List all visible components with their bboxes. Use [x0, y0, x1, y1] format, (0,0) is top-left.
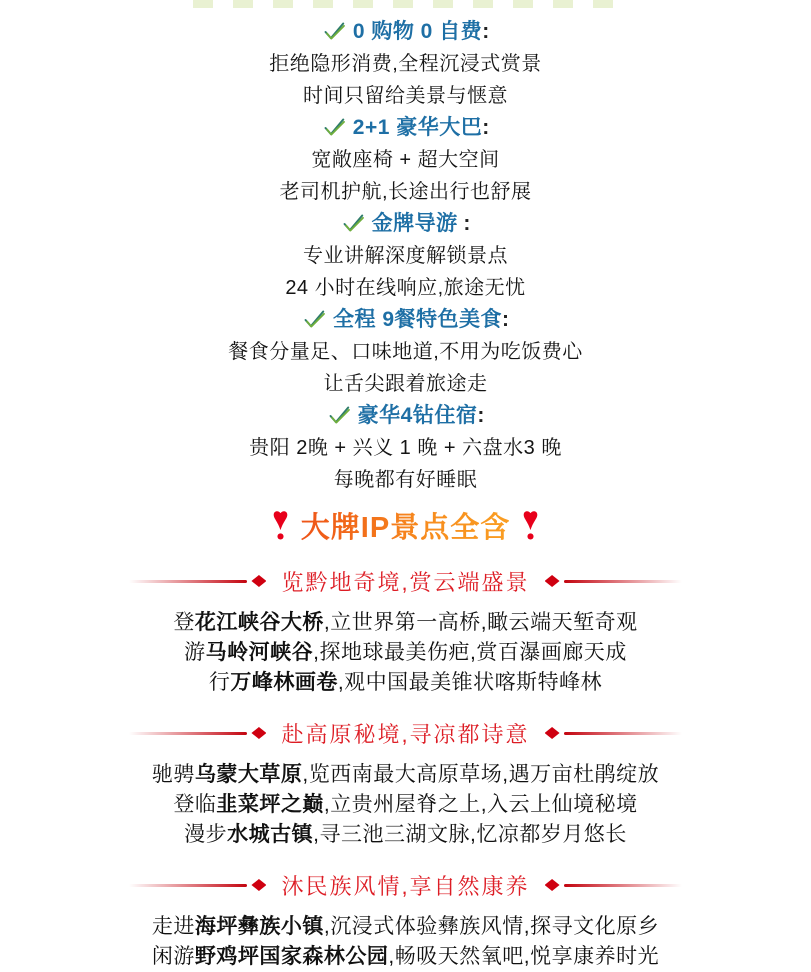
itinerary-section: 赴高原秘境,寻凉都诗意驰骋乌蒙大草原,览西南最大高原草场,遇万亩杜鹃绽放登临韭菜…	[0, 718, 811, 850]
section-line-text: ,探地球最美伤疤,赏百瀑画廊天成	[313, 641, 627, 664]
diamond-arrow-icon	[251, 879, 266, 891]
benefit-title: 金牌导游	[372, 208, 458, 240]
diamond-arrow-icon	[545, 727, 560, 739]
itinerary-section: 沐民族风情,享自然康养走进海坪彝族小镇,沉浸式体验彝族风情,探寻文化原乡闲游野鸡…	[0, 870, 811, 972]
check-icon	[302, 310, 326, 330]
top-dashed-divider	[193, 0, 617, 8]
benefit-line: 拒绝隐形消费,全程沉浸式赏景	[0, 48, 811, 80]
section-line: 登花江峡谷大桥,立世界第一高桥,瞰云端天堑奇观	[0, 608, 811, 638]
section-line: 闲游野鸡坪国家森林公园,畅吸天然氧吧,悦享康养时光	[0, 942, 811, 972]
benefit-line: 宽敞座椅 + 超大空间	[0, 144, 811, 176]
diamond-arrow-icon	[251, 727, 266, 739]
arrow-line-right	[564, 732, 682, 735]
benefit-title: 全程 9餐特色美食	[333, 304, 502, 336]
benefit-heading: 2+1 豪华大巴:	[0, 112, 811, 144]
section-line-text: ,览西南最大高原草场,遇万亩杜鹃绽放	[302, 763, 659, 786]
benefit-title: 2+1 豪华大巴	[353, 112, 482, 144]
section-line-text: ,立贵州屋脊之上,入云上仙境秘境	[324, 793, 638, 816]
section-line: 走进海坪彝族小镇,沉浸式体验彝族风情,探寻文化原乡	[0, 912, 811, 942]
section-line-text: 登临	[173, 793, 216, 816]
headline-row: 大牌IP景点全含	[0, 504, 811, 546]
arrow-line-right	[564, 580, 682, 583]
section-title-row: 沐民族风情,享自然康养	[0, 870, 811, 900]
benefit-heading: 全程 9餐特色美食:	[0, 304, 811, 336]
benefit-colon: :	[477, 400, 484, 432]
attraction-name: 野鸡坪国家森林公园	[195, 945, 389, 968]
section-line-text: 走进	[152, 915, 195, 938]
section-line-text: 行	[209, 671, 231, 694]
attraction-name: 花江峡谷大桥	[195, 611, 324, 634]
promo-page: 0 购物 0 自费:拒绝隐形消费,全程沉浸式赏景时间只留给美景与惬意2+1 豪华…	[0, 0, 811, 972]
section-line-text: ,观中国最美锥状喀斯特峰林	[338, 671, 602, 694]
section-title: 赴高原秘境,寻凉都诗意	[281, 718, 529, 749]
heart-exclamation-icon	[272, 509, 289, 541]
section-line: 驰骋乌蒙大草原,览西南最大高原草场,遇万亩杜鹃绽放	[0, 760, 811, 790]
section-title: 览黔地奇境,赏云端盛景	[281, 566, 529, 597]
check-icon	[327, 406, 351, 426]
section-line-text: 登	[173, 611, 195, 634]
benefit-colon: :	[458, 208, 471, 240]
section-title-row: 赴高原秘境,寻凉都诗意	[0, 718, 811, 748]
benefit-heading: 0 购物 0 自费:	[0, 16, 811, 48]
section-line: 漫步水城古镇,寻三池三湖文脉,忆凉都岁月悠长	[0, 820, 811, 850]
benefit-line: 老司机护航,长途出行也舒展	[0, 176, 811, 208]
attraction-name: 万峰林画卷	[230, 671, 338, 694]
benefit-line: 24 小时在线响应,旅途无忧	[0, 272, 811, 304]
benefit-line: 让舌尖跟着旅途走	[0, 368, 811, 400]
section-title-row: 览黔地奇境,赏云端盛景	[0, 566, 811, 596]
benefit-line: 每晚都有好睡眠	[0, 464, 811, 496]
sections: 览黔地奇境,赏云端盛景登花江峡谷大桥,立世界第一高桥,瞰云端天堑奇观游马岭河峡谷…	[0, 566, 811, 972]
diamond-arrow-icon	[251, 575, 266, 587]
section-line: 行万峰林画卷,观中国最美锥状喀斯特峰林	[0, 668, 811, 698]
section-title: 沐民族风情,享自然康养	[281, 870, 529, 901]
section-line-text: 闲游	[152, 945, 195, 968]
section-line-text: ,寻三池三湖文脉,忆凉都岁月悠长	[313, 823, 627, 846]
arrow-line-right	[564, 884, 682, 887]
benefit-heading: 金牌导游 :	[0, 208, 811, 240]
attraction-name: 海坪彝族小镇	[195, 915, 324, 938]
arrow-line-left	[129, 884, 247, 887]
arrow-line-left	[129, 580, 247, 583]
section-line: 游马岭河峡谷,探地球最美伤疤,赏百瀑画廊天成	[0, 638, 811, 668]
section-line-text: 驰骋	[152, 763, 195, 786]
benefit-colon: :	[502, 304, 509, 336]
section-line-text: ,立世界第一高桥,瞰云端天堑奇观	[324, 611, 638, 634]
benefit-line: 专业讲解深度解锁景点	[0, 240, 811, 272]
section-line-text: 漫步	[184, 823, 227, 846]
diamond-arrow-icon	[545, 575, 560, 587]
diamond-arrow-icon	[545, 879, 560, 891]
attraction-name: 马岭河峡谷	[206, 641, 314, 664]
heart-exclamation-icon	[522, 509, 539, 541]
benefit-heading: 豪华4钻住宿:	[0, 400, 811, 432]
arrow-line-left	[129, 732, 247, 735]
section-line-text: ,畅吸天然氧吧,悦享康养时光	[388, 945, 659, 968]
section-line: 登临韭菜坪之巅,立贵州屋脊之上,入云上仙境秘境	[0, 790, 811, 820]
section-line-text: 游	[184, 641, 206, 664]
benefit-title: 0 购物 0 自费	[353, 16, 482, 48]
benefit-line: 时间只留给美景与惬意	[0, 80, 811, 112]
benefit-line: 餐食分量足、口味地道,不用为吃饭费心	[0, 336, 811, 368]
check-icon	[322, 118, 346, 138]
benefit-colon: :	[482, 112, 489, 144]
benefit-colon: :	[482, 16, 489, 48]
section-line-text: ,沉浸式体验彝族风情,探寻文化原乡	[324, 915, 659, 938]
benefit-line: 贵阳 2晚 + 兴义 1 晚 + 六盘水3 晚	[0, 432, 811, 464]
check-icon	[341, 214, 365, 234]
benefit-title: 豪华4钻住宿	[358, 400, 478, 432]
attraction-name: 水城古镇	[227, 823, 313, 846]
check-icon	[322, 22, 346, 42]
attraction-name: 乌蒙大草原	[195, 763, 303, 786]
attraction-name: 韭菜坪之巅	[216, 793, 324, 816]
benefits-list: 0 购物 0 自费:拒绝隐形消费,全程沉浸式赏景时间只留给美景与惬意2+1 豪华…	[0, 16, 811, 496]
itinerary-section: 览黔地奇境,赏云端盛景登花江峡谷大桥,立世界第一高桥,瞰云端天堑奇观游马岭河峡谷…	[0, 566, 811, 698]
headline-text: 大牌IP景点全含	[301, 505, 510, 546]
